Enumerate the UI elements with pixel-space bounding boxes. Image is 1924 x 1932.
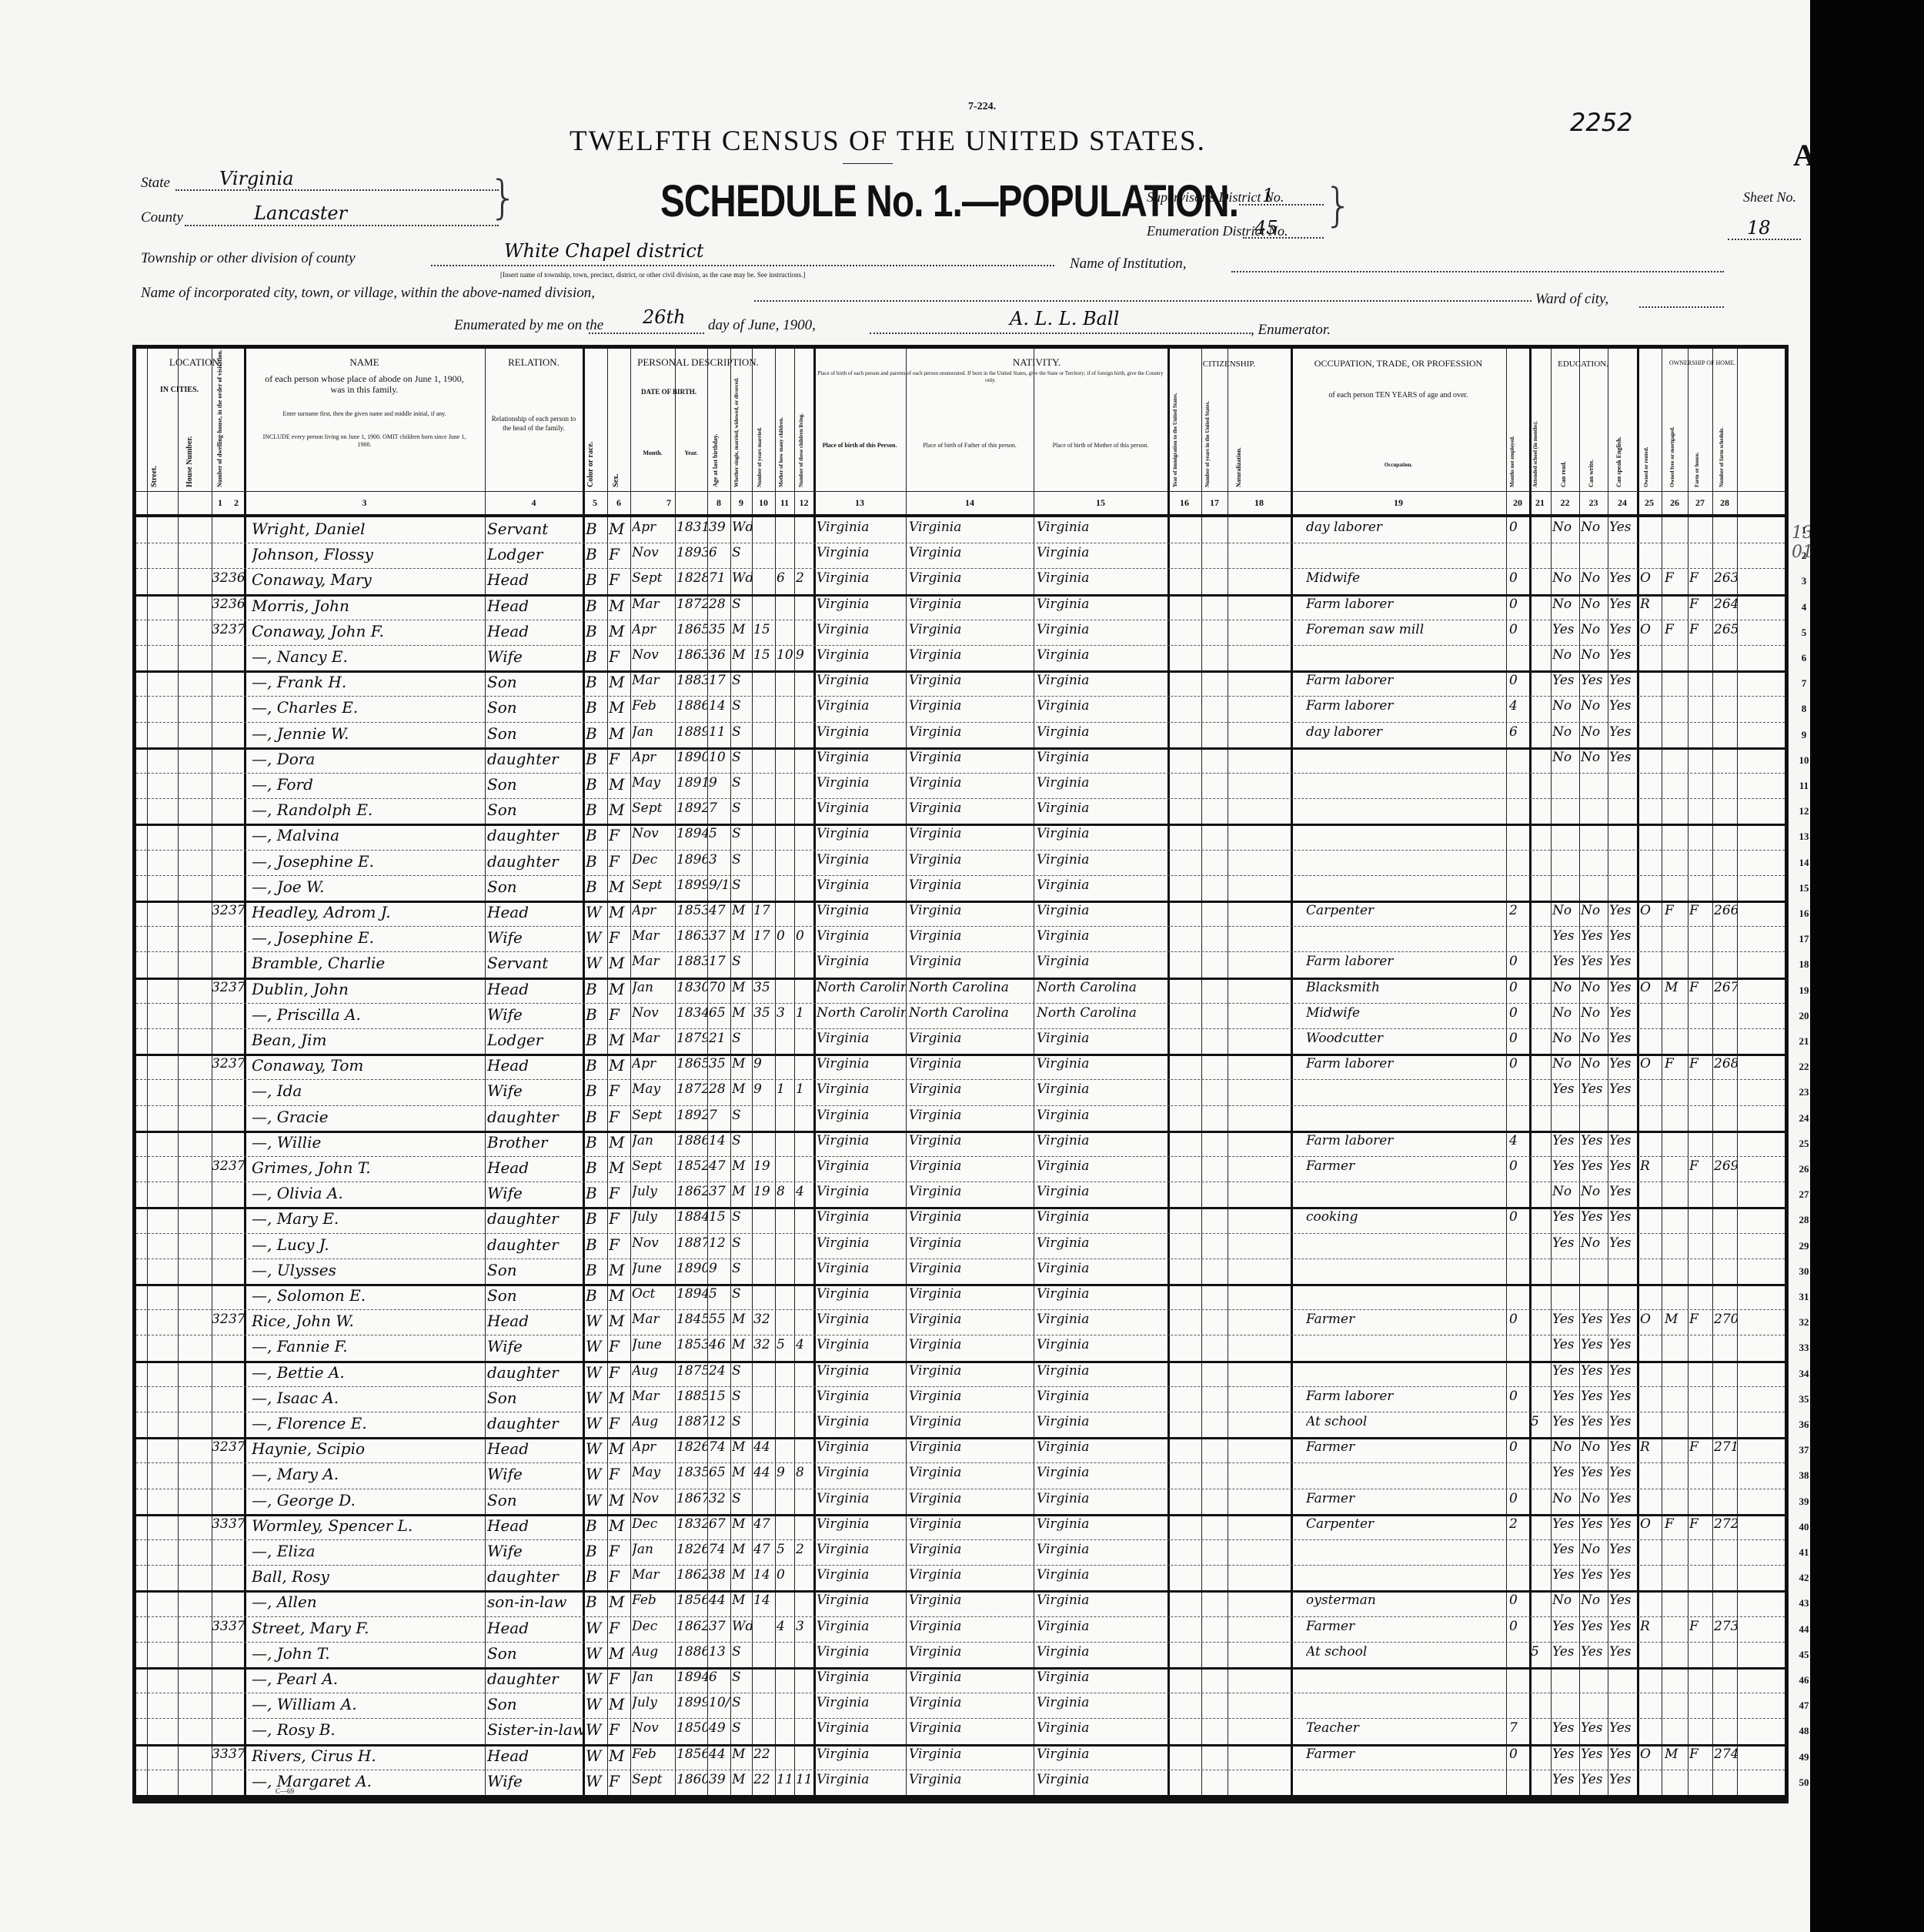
cell-name: —, Bettie A. bbox=[252, 1363, 483, 1382]
cell-sex: F bbox=[609, 1542, 630, 1560]
table-row: —, Fannie F.WifeWFJune185346M3254Virgini… bbox=[136, 1335, 1785, 1362]
cell-color: B bbox=[586, 1056, 607, 1075]
cell-pobf: Virginia bbox=[909, 1644, 1032, 1660]
cell-name: —, Florence E. bbox=[252, 1414, 483, 1432]
cell-own: O bbox=[1640, 980, 1662, 995]
cell-age: 49 bbox=[709, 1720, 730, 1736]
cell-pobm: Virginia bbox=[1037, 1389, 1166, 1404]
cell-read: No bbox=[1552, 980, 1579, 995]
cell-mar: S bbox=[732, 1235, 752, 1251]
cell-write: No bbox=[1581, 1439, 1608, 1455]
cell-pobm: Virginia bbox=[1037, 1619, 1166, 1634]
cell-eng: Yes bbox=[1609, 1337, 1637, 1352]
cell-color: W bbox=[586, 954, 607, 972]
cell-age: 12 bbox=[709, 1414, 730, 1429]
cell-color: W bbox=[586, 1772, 607, 1790]
cell-fs: 269 bbox=[1714, 1158, 1737, 1174]
supervisor-value: 1 bbox=[1262, 185, 1274, 206]
cell-age: 36 bbox=[709, 647, 730, 663]
cell-fam: 372 bbox=[229, 980, 244, 995]
cell-pob: Virginia bbox=[817, 1746, 906, 1762]
cell-eng: Yes bbox=[1609, 1567, 1637, 1583]
cell-ym: 44 bbox=[753, 1465, 775, 1480]
cell-ym: 15 bbox=[753, 622, 775, 637]
cell-rel: Wife bbox=[487, 1465, 583, 1483]
cell-name: —, Frank H. bbox=[252, 673, 483, 691]
cell-name: Conaway, Tom bbox=[252, 1056, 483, 1075]
cell-sex: F bbox=[609, 1235, 630, 1254]
table-row: 321368Conaway, MaryHeadBFSept182871Wd62V… bbox=[136, 568, 1785, 596]
cell-pob: Virginia bbox=[817, 1491, 906, 1506]
cell-pobf: Virginia bbox=[909, 724, 1032, 740]
cell-read: No bbox=[1552, 597, 1579, 612]
cell-mu: 4 bbox=[1509, 698, 1529, 714]
cell-ym: 9 bbox=[753, 1056, 775, 1071]
cell-write: No bbox=[1581, 1184, 1608, 1199]
cell-name: Rice, John W. bbox=[252, 1312, 483, 1330]
cell-mu: 0 bbox=[1509, 1158, 1529, 1174]
cell-month: June bbox=[632, 1261, 675, 1276]
cell-rel: daughter bbox=[487, 1567, 583, 1586]
cell-age: 37 bbox=[709, 1184, 730, 1199]
cell-pobm: North Carolina bbox=[1037, 980, 1166, 995]
cell-pobf: Virginia bbox=[909, 1337, 1032, 1352]
cell-pobm: Virginia bbox=[1037, 1133, 1166, 1148]
cell-ym: 14 bbox=[753, 1593, 775, 1608]
cell-pob: Virginia bbox=[817, 1337, 906, 1352]
cell-year: 1860 bbox=[676, 1772, 707, 1787]
cell-name: Conaway, John F. bbox=[252, 622, 483, 640]
cell-pob: Virginia bbox=[817, 750, 906, 765]
state-value: Virginia bbox=[219, 168, 294, 189]
cell-read: Yes bbox=[1552, 1081, 1579, 1097]
cell-month: July bbox=[632, 1695, 675, 1710]
table-row: 325372Dublin, JohnHeadBMJan183070M35Nort… bbox=[136, 978, 1785, 1004]
table-row: —, Josephine E.WifeWFMar186337M1700Virgi… bbox=[136, 926, 1785, 952]
cell-name: —, Willie bbox=[252, 1133, 483, 1152]
table-row: 328375Rice, John W.HeadWMMar184555M32Vir… bbox=[136, 1309, 1785, 1335]
cell-read: Yes bbox=[1552, 1414, 1579, 1429]
cell-age: 6 bbox=[709, 545, 730, 560]
can-read-header: Can read. bbox=[1560, 441, 1567, 487]
pob-person-header: Place of birth of this Person. bbox=[815, 441, 904, 450]
cell-sex: M bbox=[609, 775, 630, 794]
cell-mar: S bbox=[732, 826, 752, 841]
cell-name: —, Mary A. bbox=[252, 1465, 483, 1483]
cell-pobf: Virginia bbox=[909, 570, 1032, 586]
cell-fam: 375 bbox=[229, 1516, 244, 1532]
cell-mar: M bbox=[732, 1337, 752, 1352]
cell-rel: Head bbox=[487, 1619, 583, 1637]
table-row: 329376Haynie, ScipioHeadWMApr182674M44Vi… bbox=[136, 1437, 1785, 1463]
cell-fam: 374 bbox=[229, 1158, 244, 1174]
table-row: —, Rosy B.Sister-in-lawWFNov185049SVirgi… bbox=[136, 1718, 1785, 1746]
cell-fs: 268 bbox=[1714, 1056, 1737, 1071]
cell-rel: Son bbox=[487, 1286, 583, 1305]
cell-fs: 264 bbox=[1714, 597, 1737, 612]
cell-pobf: Virginia bbox=[909, 1081, 1032, 1097]
cell-pob: Virginia bbox=[817, 1593, 906, 1608]
cell-month: Apr bbox=[632, 622, 675, 637]
cell-pobf: Virginia bbox=[909, 1746, 1032, 1762]
cell-own: O bbox=[1640, 1746, 1662, 1762]
occupation-header: OCCUPATION, TRADE, OR PROFESSION bbox=[1291, 358, 1506, 369]
stamp-number: 2252 bbox=[1570, 108, 1632, 137]
cell-age: 39 bbox=[709, 1772, 730, 1787]
cell-occ: Farmer bbox=[1306, 1312, 1502, 1327]
cell-pobf: Virginia bbox=[909, 1031, 1032, 1046]
cell-eng: Yes bbox=[1609, 673, 1637, 688]
cell-eng: Yes bbox=[1609, 1031, 1637, 1046]
cell-pob: Virginia bbox=[817, 1772, 906, 1787]
cell-mar: S bbox=[732, 545, 752, 560]
cell-read: No bbox=[1552, 570, 1579, 586]
cell-pobf: Virginia bbox=[909, 1108, 1032, 1123]
cell-sex: F bbox=[609, 1337, 630, 1355]
cell-color: W bbox=[586, 1695, 607, 1713]
cell-eng: Yes bbox=[1609, 1209, 1637, 1225]
cell-color: W bbox=[586, 903, 607, 921]
cell-fs: 265 bbox=[1714, 622, 1737, 637]
cell-year: 1852 bbox=[676, 1158, 707, 1174]
table-row: 331376Street, Mary F.HeadWFDec186237Wd43… bbox=[136, 1616, 1785, 1643]
cell-name: Bean, Jim bbox=[252, 1031, 483, 1049]
table-row: Johnson, FlossyLodgerBFNov18936SVirginia… bbox=[136, 543, 1785, 569]
sheet-line bbox=[1728, 239, 1801, 240]
cell-pobf: Virginia bbox=[909, 698, 1032, 714]
cell-month: May bbox=[632, 1081, 675, 1097]
cell-color: W bbox=[586, 1720, 607, 1739]
cell-dw: 332 bbox=[212, 1746, 229, 1762]
cell-name: Rivers, Cirus H. bbox=[252, 1746, 483, 1765]
cell-name: —, George D. bbox=[252, 1491, 483, 1509]
cell-read: Yes bbox=[1552, 1337, 1579, 1352]
cell-eng: Yes bbox=[1609, 570, 1637, 586]
cell-sex: M bbox=[609, 1286, 630, 1305]
cell-eng: Yes bbox=[1609, 1081, 1637, 1097]
cell-year: 1884 bbox=[676, 1209, 707, 1225]
cell-rel: Son bbox=[487, 801, 583, 819]
cell-sex: M bbox=[609, 1031, 630, 1049]
cell-sex: M bbox=[609, 1133, 630, 1152]
cell-sex: M bbox=[609, 1593, 630, 1611]
cell-own: R bbox=[1640, 597, 1662, 612]
cell-name: Conaway, Mary bbox=[252, 570, 483, 589]
cell-pobm: Virginia bbox=[1037, 1567, 1166, 1583]
cell-fm: F bbox=[1665, 1056, 1688, 1071]
cell-mar: M bbox=[732, 622, 752, 637]
cell-pobm: Virginia bbox=[1037, 801, 1166, 816]
cell-sex: M bbox=[609, 954, 630, 972]
cell-ym: 17 bbox=[753, 903, 775, 918]
enumerated-day: 26th bbox=[643, 306, 686, 328]
cell-month: Apr bbox=[632, 1056, 675, 1071]
cell-color: B bbox=[586, 698, 607, 717]
cell-occ: Midwife bbox=[1306, 1005, 1502, 1021]
cell-year: 1883 bbox=[676, 954, 707, 969]
attended-school-header: Attended school (in months). bbox=[1532, 379, 1538, 487]
cell-rel: Wife bbox=[487, 1542, 583, 1560]
cell-pob: Virginia bbox=[817, 1695, 906, 1710]
cell-pob: Virginia bbox=[817, 1516, 906, 1532]
table-row: 332377Rivers, Cirus H.HeadWMFeb185644M22… bbox=[136, 1744, 1785, 1770]
cell-sex: M bbox=[609, 1056, 630, 1075]
cell-pobm: Virginia bbox=[1037, 1108, 1166, 1123]
cell-name: —, Gracie bbox=[252, 1108, 483, 1126]
cell-mar: S bbox=[732, 1670, 752, 1685]
cell-color: B bbox=[586, 1031, 607, 1049]
cell-fh: F bbox=[1689, 622, 1712, 637]
cell-color: B bbox=[586, 724, 607, 743]
cell-year: 1886 bbox=[676, 1133, 707, 1148]
cell-month: Apr bbox=[632, 1439, 675, 1455]
cell-mu: 0 bbox=[1509, 1005, 1529, 1021]
cell-month: Mar bbox=[632, 954, 675, 969]
cell-rel: Head bbox=[487, 570, 583, 589]
table-row: —, Mary E.daughterBFJuly188415SVirginiaV… bbox=[136, 1207, 1785, 1233]
cell-pobm: Virginia bbox=[1037, 597, 1166, 612]
cell-month: Nov bbox=[632, 545, 675, 560]
nativity-header: NATIVITY. bbox=[906, 356, 1167, 369]
cell-mar: S bbox=[732, 877, 752, 893]
cell-color: W bbox=[586, 1389, 607, 1407]
cell-fam: 370 bbox=[229, 622, 244, 637]
cell-pob: Virginia bbox=[817, 826, 906, 841]
cell-name: —, Nancy E. bbox=[252, 647, 483, 666]
occupation-subheader: Occupation. bbox=[1294, 460, 1502, 470]
cell-age: 74 bbox=[709, 1542, 730, 1557]
cell-rel: Son bbox=[487, 1695, 583, 1713]
citizenship-header: CITIZENSHIP. bbox=[1167, 359, 1291, 369]
cell-pobm: Virginia bbox=[1037, 1414, 1166, 1429]
cell-occ: Farmer bbox=[1306, 1619, 1502, 1634]
cell-write: Yes bbox=[1581, 954, 1608, 969]
cell-read: Yes bbox=[1552, 1772, 1579, 1787]
cell-pobm: Virginia bbox=[1037, 877, 1166, 893]
cell-mar: M bbox=[732, 1312, 752, 1327]
cell-pobf: Virginia bbox=[909, 1567, 1032, 1583]
cell-age: 15 bbox=[709, 1389, 730, 1404]
cell-pob: Virginia bbox=[817, 724, 906, 740]
cell-name: —, Pearl A. bbox=[252, 1670, 483, 1688]
cell-pobf: Virginia bbox=[909, 1235, 1032, 1251]
marital-status-header: Whether single, married, widowed, or div… bbox=[733, 372, 740, 487]
dwelling-number-header: Number of dwelling-house, in the order o… bbox=[216, 372, 223, 487]
cell-write: Yes bbox=[1581, 1746, 1608, 1762]
cell-year: 1893 bbox=[676, 545, 707, 560]
table-row: —, Olivia A.WifeBFJuly186237M1984Virgini… bbox=[136, 1182, 1785, 1209]
cell-mc: 11 bbox=[777, 1772, 794, 1787]
cell-age: 13 bbox=[709, 1644, 730, 1660]
supervisor-line bbox=[1239, 204, 1324, 206]
cell-name: —, Olivia A. bbox=[252, 1184, 483, 1202]
cell-eng: Yes bbox=[1609, 1158, 1637, 1174]
cell-write: Yes bbox=[1581, 1312, 1608, 1327]
cell-eng: Yes bbox=[1609, 1312, 1637, 1327]
cell-rel: Head bbox=[487, 903, 583, 921]
cell-rel: Wife bbox=[487, 928, 583, 947]
cell-rel: Head bbox=[487, 1312, 583, 1330]
cell-mu: 7 bbox=[1509, 1720, 1529, 1736]
cell-age: 67 bbox=[709, 1516, 730, 1532]
cell-year: 1865 bbox=[676, 622, 707, 637]
name-description: of each person whose place of abode on J… bbox=[263, 373, 466, 395]
cell-sex: F bbox=[609, 570, 630, 589]
cell-pob: Virginia bbox=[817, 1465, 906, 1480]
cell-dw: 327 bbox=[212, 1158, 229, 1174]
location-header: LOCATION. bbox=[147, 356, 244, 369]
table-row: Bramble, CharlieServantWMMar188317SVirgi… bbox=[136, 951, 1785, 979]
cell-sex: F bbox=[609, 1465, 630, 1483]
cell-pobf: Virginia bbox=[909, 1516, 1032, 1532]
cell-color: B bbox=[586, 597, 607, 615]
cell-read: Yes bbox=[1552, 622, 1579, 637]
table-row: 326373Conaway, TomHeadBMApr186535M9Virgi… bbox=[136, 1054, 1785, 1080]
table-row: —, Joe W.SonBMSept18999/12SVirginiaVirgi… bbox=[136, 875, 1785, 903]
cell-sex: F bbox=[609, 1108, 630, 1126]
table-row: —, Randolph E.SonBMSept18927SVirginiaVir… bbox=[136, 798, 1785, 826]
cell-rel: daughter bbox=[487, 852, 583, 871]
cell-eng: Yes bbox=[1609, 622, 1637, 637]
cell-pobf: Virginia bbox=[909, 877, 1032, 893]
cell-ym: 22 bbox=[753, 1746, 775, 1762]
cell-color: W bbox=[586, 1363, 607, 1382]
cell-mar: M bbox=[732, 1439, 752, 1455]
personal-description-header: PERSONAL DESCRIPTION. bbox=[583, 356, 813, 369]
cell-rel: Head bbox=[487, 1056, 583, 1075]
cell-mu: 0 bbox=[1509, 1439, 1529, 1455]
cell-occ: Farm laborer bbox=[1306, 1133, 1502, 1148]
cell-fs: 267 bbox=[1714, 980, 1737, 995]
cell-occ: Foreman saw mill bbox=[1306, 622, 1502, 637]
cell-fam: 368 bbox=[229, 570, 244, 586]
cell-year: 1890 bbox=[676, 1261, 707, 1276]
months-unemployed-header: Months not employed. bbox=[1509, 418, 1515, 487]
cell-pobf: Virginia bbox=[909, 852, 1032, 867]
cell-write: Yes bbox=[1581, 1133, 1608, 1148]
cell-dw: 328 bbox=[212, 1312, 229, 1327]
cell-year: 1887 bbox=[676, 1235, 707, 1251]
cell-rel: Head bbox=[487, 622, 583, 640]
cell-color: W bbox=[586, 1414, 607, 1432]
cell-color: B bbox=[586, 750, 607, 768]
table-row: —, Florence E.daughterWFAug188712SVirgin… bbox=[136, 1412, 1785, 1439]
cell-sex: F bbox=[609, 1414, 630, 1432]
cell-fh: F bbox=[1689, 1312, 1712, 1327]
cell-fh: F bbox=[1689, 1516, 1712, 1532]
cell-eng: Yes bbox=[1609, 1005, 1637, 1021]
cell-read: No bbox=[1552, 520, 1579, 535]
cell-fh: F bbox=[1689, 1439, 1712, 1455]
cell-rel: daughter bbox=[487, 1363, 583, 1382]
cell-age: 21 bbox=[709, 1031, 730, 1046]
cell-sex: M bbox=[609, 1261, 630, 1279]
cell-color: B bbox=[586, 1158, 607, 1177]
cell-rel: Servant bbox=[487, 520, 583, 538]
cell-month: Aug bbox=[632, 1414, 675, 1429]
cell-month: Jan bbox=[632, 1542, 675, 1557]
cell-rel: Lodger bbox=[487, 1031, 583, 1049]
cell-cl: 1 bbox=[796, 1005, 813, 1021]
cell-age: 35 bbox=[709, 622, 730, 637]
cell-age: 44 bbox=[709, 1746, 730, 1762]
cell-mu: 0 bbox=[1509, 570, 1529, 586]
table-row: —, ElizaWifeBFJan182674M4752VirginiaVirg… bbox=[136, 1539, 1785, 1566]
cell-year: 1856 bbox=[676, 1593, 707, 1608]
cell-age: 37 bbox=[709, 928, 730, 944]
cell-year: 1891 bbox=[676, 775, 707, 791]
cell-eng: Yes bbox=[1609, 1056, 1637, 1071]
cell-write: Yes bbox=[1581, 1516, 1608, 1532]
cell-eng: Yes bbox=[1609, 1746, 1637, 1762]
cell-write: Yes bbox=[1581, 1465, 1608, 1480]
speak-english-header: Can speak English. bbox=[1615, 410, 1622, 487]
cell-eng: Yes bbox=[1609, 1389, 1637, 1404]
cell-mc: 5 bbox=[777, 1337, 794, 1352]
cell-pob: Virginia bbox=[817, 775, 906, 791]
cell-dw: 321 bbox=[212, 570, 229, 586]
cell-color: B bbox=[586, 1184, 607, 1202]
cell-age: 32 bbox=[709, 1491, 730, 1506]
cell-month: Mar bbox=[632, 928, 675, 944]
cell-cl: 2 bbox=[796, 570, 813, 586]
cell-fam: 369 bbox=[229, 597, 244, 612]
cell-age: 47 bbox=[709, 1158, 730, 1174]
cell-pob: North Carolina bbox=[817, 1005, 906, 1021]
cell-sex: M bbox=[609, 1439, 630, 1458]
cell-month: May bbox=[632, 1465, 675, 1480]
cell-pob: Virginia bbox=[817, 903, 906, 918]
cell-read: Yes bbox=[1552, 928, 1579, 944]
cell-occ: Carpenter bbox=[1306, 1516, 1502, 1532]
cell-color: W bbox=[586, 1491, 607, 1509]
cell-fam: 376 bbox=[229, 1439, 244, 1455]
cell-eng: Yes bbox=[1609, 1644, 1637, 1660]
cell-name: —, Solomon E. bbox=[252, 1286, 483, 1305]
cell-pobm: Virginia bbox=[1037, 1720, 1166, 1736]
cell-pobf: Virginia bbox=[909, 1593, 1032, 1608]
cell-age: 28 bbox=[709, 597, 730, 612]
cell-pobf: Virginia bbox=[909, 1363, 1032, 1379]
cell-pobm: Virginia bbox=[1037, 1670, 1166, 1685]
cell-rel: daughter bbox=[487, 1108, 583, 1126]
cell-mc: 10 bbox=[777, 647, 794, 663]
cell-rel: Wife bbox=[487, 1005, 583, 1024]
cell-read: Yes bbox=[1552, 1209, 1579, 1225]
cell-eng: Yes bbox=[1609, 698, 1637, 714]
cell-sex: F bbox=[609, 750, 630, 768]
cell-occ: At school bbox=[1306, 1644, 1502, 1660]
cell-age: 5 bbox=[709, 826, 730, 841]
cell-eng: Yes bbox=[1609, 1516, 1637, 1532]
cell-sex: M bbox=[609, 980, 630, 998]
cell-occ: Farmer bbox=[1306, 1158, 1502, 1174]
cell-color: B bbox=[586, 520, 607, 538]
cell-pobm: Virginia bbox=[1037, 1184, 1166, 1199]
cell-rel: Wife bbox=[487, 1081, 583, 1100]
cell-pobf: North Carolina bbox=[909, 1005, 1032, 1021]
cell-year: 1883 bbox=[676, 673, 707, 688]
cell-write: No bbox=[1581, 903, 1608, 918]
cell-rel: daughter bbox=[487, 1209, 583, 1228]
cell-pob: Virginia bbox=[817, 673, 906, 688]
cell-own: O bbox=[1640, 570, 1662, 586]
cell-rel: Servant bbox=[487, 954, 583, 972]
cell-mu: 0 bbox=[1509, 1312, 1529, 1327]
year-header: Year. bbox=[675, 449, 707, 458]
cell-age: 28 bbox=[709, 1081, 730, 1097]
cell-color: W bbox=[586, 1746, 607, 1765]
